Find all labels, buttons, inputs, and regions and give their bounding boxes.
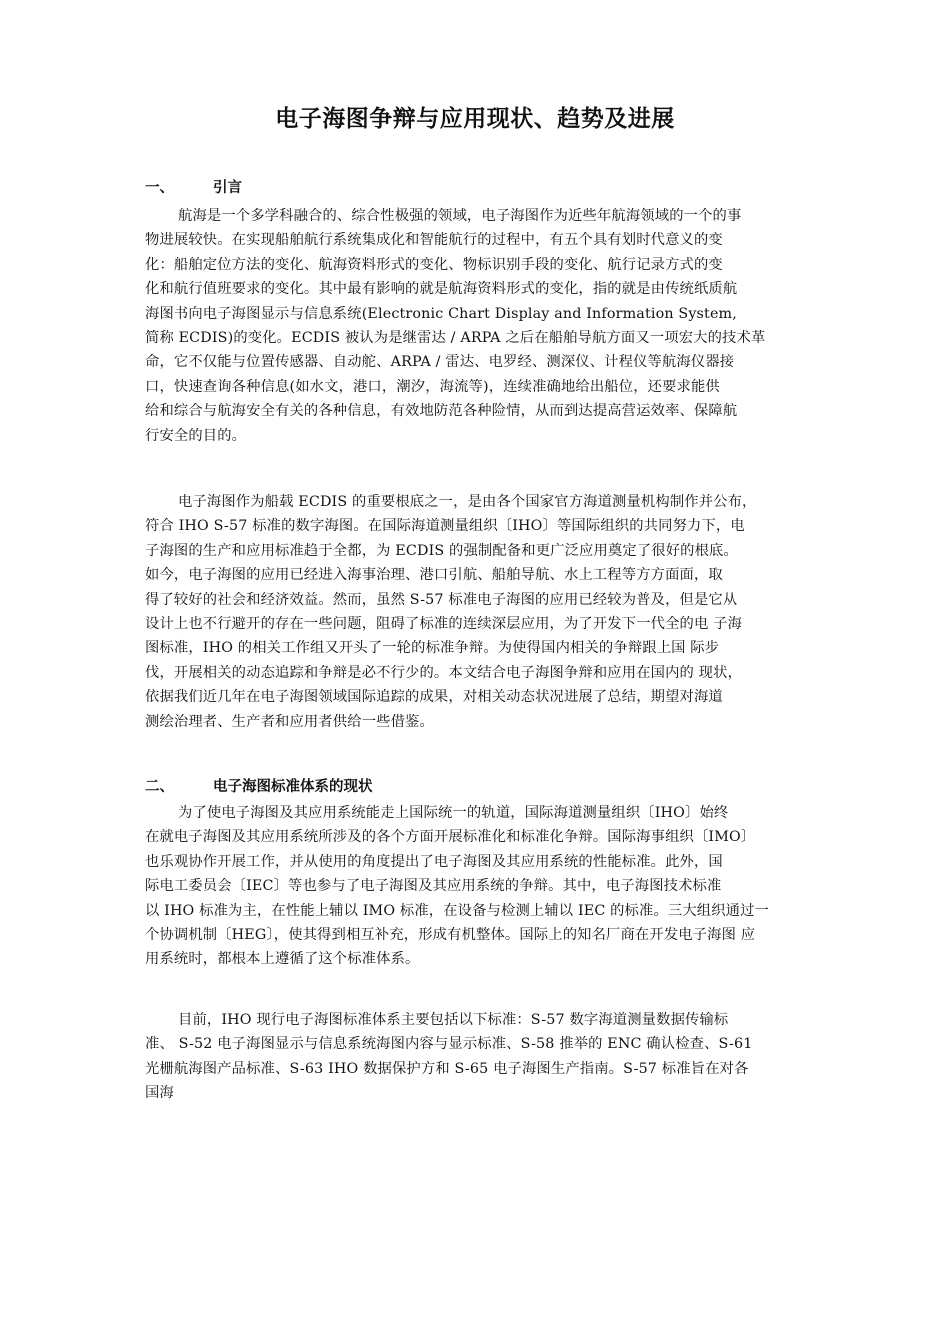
section-number: 一、 [145,177,213,199]
text-line: 也乐观协作开展工作，并从使用的角度提出了电子海图及其应用系统的性能标准。此外，国 [145,850,835,874]
text-line: 化和航行值班要求的变化。其中最有影响的就是航海资料形式的变化，指的就是由传统纸质… [145,277,835,301]
text-line: 航海是一个多学科融合的、综合性极强的领域，电子海图作为近些年航海领域的一个的事 [145,204,835,228]
text-line: 准、 S-52 电子海图显示与信息系统海图内容与显示标准、S-58 推举的 EN… [145,1032,835,1056]
document-title: 电子海图争辩与应用现状、趋势及进展 [0,100,950,133]
text-line: 如今，电子海图的应用已经进入海事治理、港口引航、船舶导航、水上工程等方方面面，取 [145,563,835,587]
text-line: 化：船舶定位方法的变化、航海资料形式的变化、物标识别手段的变化、航行记录方式的变 [145,253,835,277]
text-line: 伐，开展相关的动态追踪和争辩是必不行少的。本文结合电子海图争辩和应用在国内的 现… [145,661,835,685]
text-line: 行安全的目的。 [145,424,835,448]
text-line: 物进展较快。在实现船舶航行系统集成化和智能航行的过程中，有五个具有划时代意义的变 [145,228,835,252]
text-line: 国海 [145,1081,835,1105]
text-line: 子海图的生产和应用标准趋于全都，为 ECDIS 的强制配备和更广泛应用奠定了很好… [145,539,835,563]
paragraph-standards-2: 目前，IHO 现行电子海图标准体系主要包括以下标准：S-57 数字海道测量数据传… [145,1008,835,1106]
text-line: 电子海图作为船载 ECDIS 的重要根底之一，是由各个国家官方海道测量机构制作并… [145,490,835,514]
document-page: 电子海图争辩与应用现状、趋势及进展 一、引言 航海是一个多学科融合的、综合性极强… [0,0,950,1344]
paragraph-intro-2: 电子海图作为船载 ECDIS 的重要根底之一，是由各个国家官方海道测量机构制作并… [145,490,835,734]
text-line: 图标准，IHO 的相关工作组又开头了一轮的标准争辩。为使得国内相关的争辩跟上国 … [145,636,835,660]
text-line: 命，它不仅能与位置传感器、自动舵、ARPA / 雷达、电罗经、测深仪、计程仪等航… [145,350,835,374]
text-line: 口，快速查询各种信息(如水文，港口，潮汐，海流等)，连续准确地给出船位，还要求能… [145,375,835,399]
text-line: 为了使电子海图及其应用系统能走上国际统一的轨道，国际海道测量组织〔IHO〕始终 [145,801,835,825]
paragraph-intro-1: 航海是一个多学科融合的、综合性极强的领域，电子海图作为近些年航海领域的一个的事 … [145,204,835,448]
text-line: 简称 ECDIS)的变化。ECDIS 被认为是继雷达 / ARPA 之后在船舶导… [145,326,835,350]
paragraph-standards-1: 为了使电子海图及其应用系统能走上国际统一的轨道，国际海道测量组织〔IHO〕始终 … [145,801,835,972]
text-line: 用系统时，都根本上遵循了这个标准体系。 [145,947,835,971]
section-title: 引言 [213,180,242,196]
text-line: 目前，IHO 现行电子海图标准体系主要包括以下标准：S-57 数字海道测量数据传… [145,1008,835,1032]
text-line: 光栅航海图产品标准、S-63 IHO 数据保护方和 S-65 电子海图生产指南。… [145,1057,835,1081]
text-line: 以 IHO 标准为主，在性能上辅以 IMO 标准，在设备与检测上辅以 IEC 的… [145,899,835,923]
text-line: 个协调机制〔HEG〕，使其得到相互补充，形成有机整体。国际上的知名厂商在开发电子… [145,923,835,947]
section-heading-standards: 二、电子海图标准体系的现状 [145,776,373,798]
text-line: 际电工委员会〔IEC〕等也参与了电子海图及其应用系统的争辩。其中，电子海图技术标… [145,874,835,898]
text-line: 得了较好的社会和经济效益。然而，虽然 S-57 标准电子海图的应用已经较为普及，… [145,588,835,612]
section-number: 二、 [145,776,213,798]
text-line: 设计上也不行避开的存在一些问题，阻碍了标准的连续深层应用，为了开发下一代全的电 … [145,612,835,636]
section-title: 电子海图标准体系的现状 [213,779,373,795]
text-line: 符合 IHO S-57 标准的数字海图。在国际海道测量组织〔IHO〕等国际组织的… [145,514,835,538]
text-line: 测绘治理者、生产者和应用者供给一些借鉴。 [145,710,835,734]
text-line: 依据我们近几年在电子海图领域国际追踪的成果，对相关动态状况进展了总结，期望对海道 [145,685,835,709]
text-line: 在就电子海图及其应用系统所涉及的各个方面开展标准化和标准化争辩。国际海事组织〔I… [145,825,835,849]
section-heading-introduction: 一、引言 [145,177,242,199]
text-line: 海图书向电子海图显示与信息系统(Electronic Chart Display… [145,302,835,326]
text-line: 给和综合与航海安全有关的各种信息，有效地防范各种险情，从而到达提高营运效率、保障… [145,399,835,423]
